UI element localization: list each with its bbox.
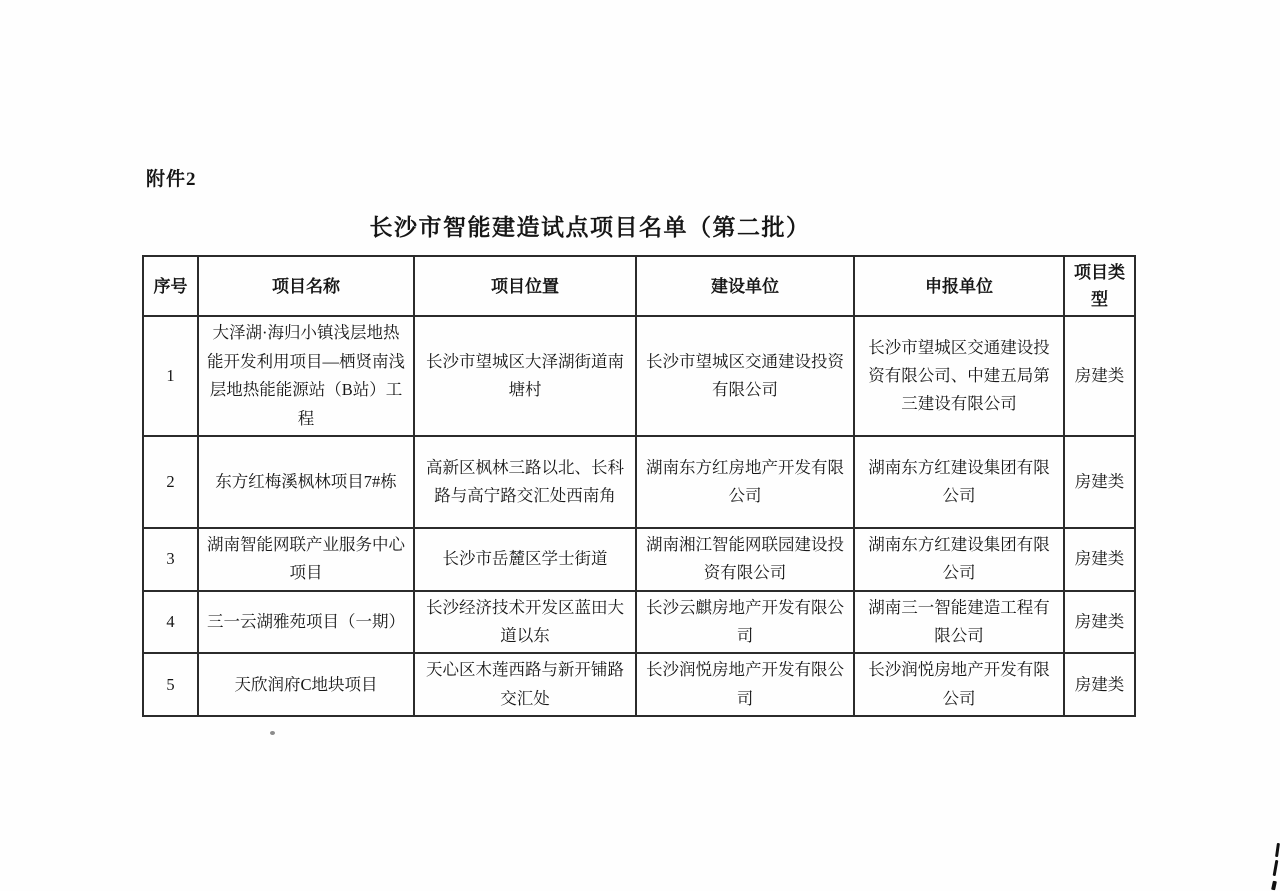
cell-location: 长沙市岳麓区学士街道 <box>414 528 636 591</box>
cell-no: 4 <box>143 591 198 654</box>
cell-type: 房建类 <box>1064 316 1135 436</box>
scan-speck <box>270 731 275 735</box>
project-list-table: 序号 项目名称 项目位置 建设单位 申报单位 项目类型 1大泽湖·海归小镇浅层地… <box>142 255 1136 717</box>
cell-type: 房建类 <box>1064 653 1135 716</box>
table-row: 1大泽湖·海归小镇浅层地热能开发利用项目—栖贤南浅层地热能能源站（B站）工程长沙… <box>143 316 1135 436</box>
table-body: 1大泽湖·海归小镇浅层地热能开发利用项目—栖贤南浅层地热能能源站（B站）工程长沙… <box>143 316 1135 716</box>
header-location: 项目位置 <box>414 256 636 316</box>
cell-no: 5 <box>143 653 198 716</box>
header-applicant: 申报单位 <box>854 256 1064 316</box>
cell-builder: 湖南湘江智能网联园建设投资有限公司 <box>636 528 854 591</box>
scan-ink-mark <box>1270 843 1280 891</box>
cell-builder: 长沙市望城区交通建设投资有限公司 <box>636 316 854 436</box>
table-row: 2东方红梅溪枫林项目7#栋高新区枫林三路以北、长科路与高宁路交汇处西南角湖南东方… <box>143 436 1135 528</box>
cell-name: 大泽湖·海归小镇浅层地热能开发利用项目—栖贤南浅层地热能能源站（B站）工程 <box>198 316 414 436</box>
table-row: 3湖南智能网联产业服务中心项目长沙市岳麓区学士街道湖南湘江智能网联园建设投资有限… <box>143 528 1135 591</box>
cell-type: 房建类 <box>1064 591 1135 654</box>
cell-location: 长沙经济技术开发区蓝田大道以东 <box>414 591 636 654</box>
header-type: 项目类型 <box>1064 256 1135 316</box>
cell-name: 天欣润府C地块项目 <box>198 653 414 716</box>
attachment-label: 附件2 <box>146 164 197 191</box>
cell-builder: 长沙润悦房地产开发有限公司 <box>636 653 854 716</box>
cell-no: 3 <box>143 528 198 591</box>
cell-builder: 长沙云麒房地产开发有限公司 <box>636 591 854 654</box>
cell-applicant: 湖南三一智能建造工程有限公司 <box>854 591 1064 654</box>
cell-builder: 湖南东方红房地产开发有限公司 <box>636 436 854 528</box>
cell-name: 湖南智能网联产业服务中心项目 <box>198 528 414 591</box>
cell-location: 高新区枫林三路以北、长科路与高宁路交汇处西南角 <box>414 436 636 528</box>
cell-name: 三一云湖雅苑项目（一期） <box>198 591 414 654</box>
table-header-row: 序号 项目名称 项目位置 建设单位 申报单位 项目类型 <box>143 256 1135 316</box>
table-row: 5天欣润府C地块项目天心区木莲西路与新开铺路交汇处长沙润悦房地产开发有限公司长沙… <box>143 653 1135 716</box>
header-no: 序号 <box>143 256 198 316</box>
cell-applicant: 湖南东方红建设集团有限公司 <box>854 528 1064 591</box>
table-row: 4三一云湖雅苑项目（一期）长沙经济技术开发区蓝田大道以东长沙云麒房地产开发有限公… <box>143 591 1135 654</box>
cell-no: 1 <box>143 316 198 436</box>
header-name: 项目名称 <box>198 256 414 316</box>
cell-applicant: 长沙市望城区交通建设投资有限公司、中建五局第三建设有限公司 <box>854 316 1064 436</box>
header-builder: 建设单位 <box>636 256 854 316</box>
cell-applicant: 湖南东方红建设集团有限公司 <box>854 436 1064 528</box>
scanned-document-page: 附件2 长沙市智能建造试点项目名单（第二批） 序号 项目名称 项目位置 建设单位… <box>0 0 1280 891</box>
page-title: 长沙市智能建造试点项目名单（第二批） <box>142 209 1134 242</box>
cell-location: 长沙市望城区大泽湖街道南塘村 <box>414 316 636 436</box>
cell-name: 东方红梅溪枫林项目7#栋 <box>198 436 414 528</box>
cell-no: 2 <box>143 436 198 528</box>
cell-type: 房建类 <box>1064 528 1135 591</box>
table-header: 序号 项目名称 项目位置 建设单位 申报单位 项目类型 <box>143 256 1135 316</box>
cell-type: 房建类 <box>1064 436 1135 528</box>
cell-location: 天心区木莲西路与新开铺路交汇处 <box>414 653 636 716</box>
cell-applicant: 长沙润悦房地产开发有限公司 <box>854 653 1064 716</box>
